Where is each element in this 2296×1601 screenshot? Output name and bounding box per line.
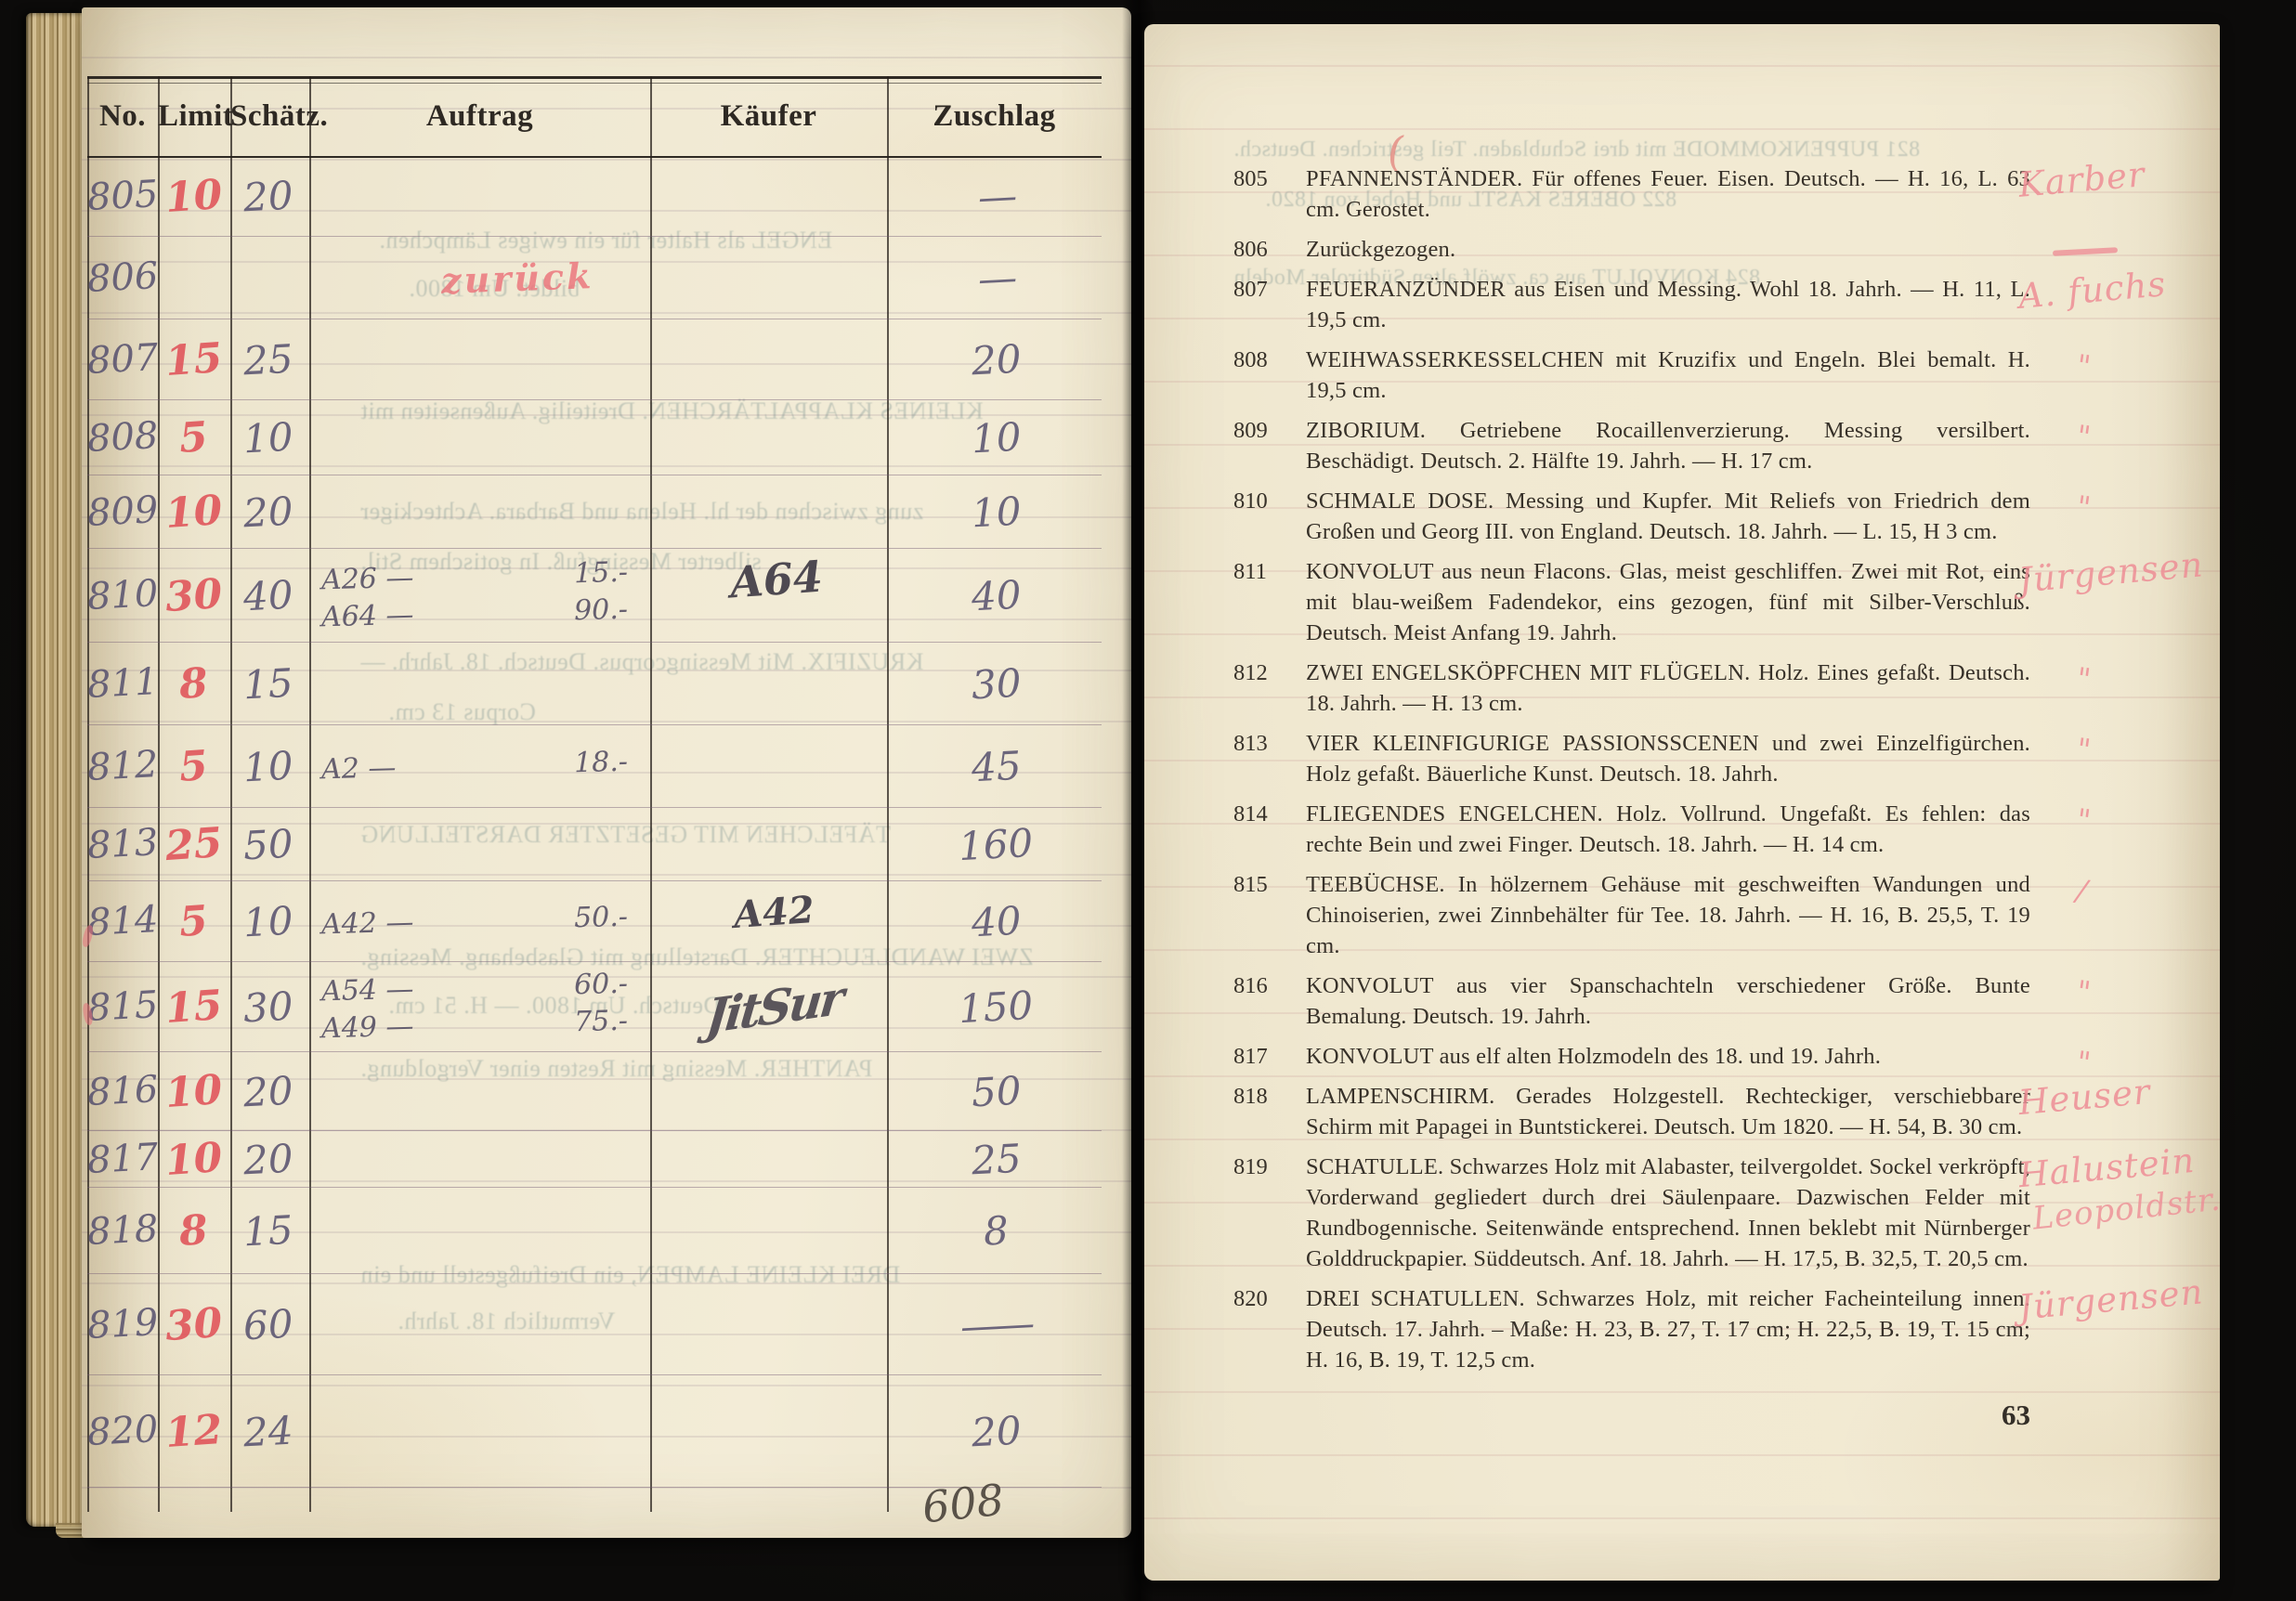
catalog-entry: 817KONVOLUT aus elf alten Holzmodeln des… bbox=[1233, 1041, 2199, 1072]
cell-zuschlag: 30 bbox=[891, 643, 1102, 724]
cell-zuschlag: —— bbox=[891, 1274, 1102, 1374]
table-row: 807152520 bbox=[87, 319, 1102, 400]
estimate-value: 30 bbox=[242, 983, 294, 1031]
margin-note-name: Heuser bbox=[2016, 1072, 2152, 1123]
cell-auftrag bbox=[307, 319, 657, 399]
table-row: 8188158 bbox=[87, 1188, 1102, 1274]
header-kaeufer: Käufer bbox=[650, 99, 887, 134]
hammer-price: 160 bbox=[958, 819, 1035, 868]
cell-auftrag: A54 —60.-A49 —75.- bbox=[307, 962, 657, 1051]
cell-zuschlag: — bbox=[891, 237, 1102, 319]
lot-number: 808 bbox=[1233, 345, 1268, 375]
lot-number-handwritten: 811 bbox=[86, 660, 160, 707]
cell-kaeufer bbox=[658, 1274, 891, 1374]
lot-description: ZWEI ENGELSKÖPFCHEN MIT FLÜGELN. Holz. E… bbox=[1306, 657, 2030, 719]
lot-description: DREI SCHATULLEN. Schwarzes Holz, mit rei… bbox=[1306, 1283, 2030, 1375]
catalog-entry: 805PFANNENSTÄNDER. Für offenes Feuer. Ei… bbox=[1233, 163, 2199, 225]
limit-value: 30 bbox=[163, 1298, 224, 1349]
table-header: No. Limit Schätz. Auftrag Käufer Zuschla… bbox=[87, 76, 1102, 156]
lot-description: FLIEGENDES ENGELCHEN. Holz. Vollrund. Un… bbox=[1306, 799, 2030, 860]
cell-schaetz: 10 bbox=[229, 400, 307, 475]
lot-number-handwritten: 807 bbox=[86, 336, 160, 383]
catalog-entry: 814FLIEGENDES ENGELCHEN. Holz. Vollrund.… bbox=[1233, 799, 2199, 860]
header-no: No. bbox=[87, 99, 158, 134]
table-row: 8103040A26 —15.-A64 —90.-A6440 bbox=[87, 549, 1102, 643]
lot-number: 806 bbox=[1233, 234, 1268, 265]
margin-note-name: Karber bbox=[2016, 154, 2146, 205]
cell-no: 811 bbox=[87, 643, 158, 724]
margin-note-ditto: " bbox=[2074, 418, 2093, 455]
cell-auftrag: A26 —15.-A64 —90.- bbox=[307, 549, 657, 642]
estimate-value: 20 bbox=[242, 1135, 294, 1183]
cell-kaeufer bbox=[658, 400, 891, 475]
limit-value: 5 bbox=[177, 896, 209, 945]
limit-value: 15 bbox=[163, 981, 224, 1032]
header-auftrag: Auftrag bbox=[309, 99, 650, 134]
bleedthrough-text: 821 PUPPENKOMMODE mit drei Schubladen. T… bbox=[1233, 137, 1920, 163]
cell-zuschlag: 20 bbox=[891, 319, 1102, 399]
cell-limit: 15 bbox=[158, 319, 229, 399]
catalog-entry: 819SCHATULLE. Schwarzes Holz mit Alabast… bbox=[1233, 1152, 2199, 1274]
bid-amount: 75.- bbox=[574, 1003, 629, 1042]
lot-number: 817 bbox=[1233, 1041, 1268, 1072]
hammer-price: 20 bbox=[970, 1407, 1022, 1455]
table-row: 812510A2 —18.-45 bbox=[87, 725, 1102, 808]
lot-description: PFANNENSTÄNDER. Für offenes Feuer. Eisen… bbox=[1306, 163, 2030, 225]
margin-note-ditto: / bbox=[2074, 872, 2089, 908]
cell-auftrag bbox=[307, 400, 657, 475]
lot-description: SCHMALE DOSE. Messing und Kupfer. Mit Re… bbox=[1306, 486, 2030, 547]
limit-value: 30 bbox=[163, 569, 224, 620]
cell-limit: 25 bbox=[158, 808, 229, 880]
margin-note-ditto: " bbox=[2074, 660, 2093, 697]
hammer-price: 30 bbox=[970, 659, 1022, 708]
cell-kaeufer bbox=[658, 237, 891, 319]
cell-limit: 30 bbox=[158, 1274, 229, 1374]
lot-description: ZIBORIUM. Getriebene Rocaillenverzierung… bbox=[1306, 415, 2030, 476]
cell-schaetz: 24 bbox=[229, 1375, 307, 1487]
lot-description: KONVOLUT aus elf alten Holzmodeln des 18… bbox=[1306, 1041, 2030, 1072]
cell-limit: 10 bbox=[158, 156, 229, 236]
cell-schaetz: 15 bbox=[229, 1188, 307, 1273]
auction-ledger-table: No. Limit Schätz. Auftrag Käufer Zuschla… bbox=[87, 76, 1102, 1512]
table-row: 816102050 bbox=[87, 1052, 1102, 1131]
catalog-entry: 820DREI SCHATULLEN. Schwarzes Holz, mit … bbox=[1233, 1283, 2199, 1375]
page-edge-stack bbox=[26, 13, 84, 1527]
cell-no: 810 bbox=[87, 549, 158, 642]
lot-number: 813 bbox=[1233, 728, 1268, 759]
hammer-price: 45 bbox=[970, 742, 1022, 790]
cell-limit: 5 bbox=[158, 725, 229, 807]
bid-amount: 18.- bbox=[574, 744, 629, 783]
lot-description: WEIHWASSERKESSELCHEN mit Kruzifix und En… bbox=[1306, 345, 2030, 406]
lot-number-handwritten: 806 bbox=[86, 254, 160, 301]
limit-value: 12 bbox=[163, 1405, 224, 1456]
lot-description: KONVOLUT aus vier Spanschachteln verschi… bbox=[1306, 970, 2030, 1032]
cell-limit: 30 bbox=[158, 549, 229, 642]
table-row: 817102025 bbox=[87, 1131, 1102, 1188]
lot-number: 807 bbox=[1233, 274, 1268, 305]
estimate-value: 25 bbox=[242, 335, 294, 384]
lot-number-handwritten: 814 bbox=[86, 898, 160, 944]
cell-no: 814 bbox=[87, 881, 158, 961]
cell-limit: 12 bbox=[158, 1375, 229, 1487]
cell-kaeufer bbox=[658, 156, 891, 236]
limit-value: 15 bbox=[163, 333, 224, 384]
cell-schaetz: 20 bbox=[229, 1052, 307, 1130]
estimate-value: 10 bbox=[242, 413, 294, 462]
cell-auftrag: A2 —18.- bbox=[307, 725, 657, 807]
hammer-price: 10 bbox=[970, 413, 1022, 462]
catalog-entry: 807FEUERANZÜNDER aus Eisen und Messing. … bbox=[1233, 274, 2199, 335]
cell-auftrag bbox=[307, 1131, 657, 1187]
cell-no: 807 bbox=[87, 319, 158, 399]
commission-bid: A2 —18.- bbox=[321, 744, 629, 789]
lot-description: KONVOLUT aus neun Flacons. Glas, meist g… bbox=[1306, 556, 2030, 648]
cell-no: 820 bbox=[87, 1375, 158, 1487]
cell-schaetz: 10 bbox=[229, 725, 307, 807]
lot-number-handwritten: 817 bbox=[86, 1136, 160, 1182]
cell-zuschlag: 40 bbox=[891, 549, 1102, 642]
margin-note-name: Jürgensen bbox=[2017, 544, 2205, 600]
limit-value: 5 bbox=[177, 412, 209, 462]
commission-bid: A42 —50.- bbox=[321, 899, 629, 944]
cell-no: 818 bbox=[87, 1188, 158, 1273]
hammer-price: 10 bbox=[970, 488, 1022, 536]
cell-auftrag bbox=[307, 1052, 657, 1130]
bidder-code: A54 — bbox=[321, 971, 414, 1011]
lot-number: 815 bbox=[1233, 869, 1268, 900]
lot-number-handwritten: 812 bbox=[86, 743, 160, 789]
header-schaetz: Schätz. bbox=[230, 99, 309, 134]
lot-number-handwritten: 809 bbox=[86, 488, 160, 535]
catalog-entry: 815TEEBÜCHSE. In hölzernem Gehäuse mit g… bbox=[1233, 869, 2199, 961]
lot-number-handwritten: 808 bbox=[86, 414, 160, 461]
lot-number-handwritten: 820 bbox=[86, 1408, 160, 1454]
cell-schaetz: 10 bbox=[229, 881, 307, 961]
hammer-price: — bbox=[977, 254, 1015, 302]
lot-description: FEUERANZÜNDER aus Eisen und Messing. Woh… bbox=[1306, 274, 2030, 335]
bid-amount: 15.- bbox=[574, 554, 629, 593]
cell-limit: 5 bbox=[158, 400, 229, 475]
catalog-entry: 806Zurückgezogen. bbox=[1233, 234, 2199, 265]
cell-limit: 10 bbox=[158, 475, 229, 548]
lot-number: 810 bbox=[1233, 486, 1268, 516]
bidder-code: A26 — bbox=[321, 560, 414, 600]
limit-value: 25 bbox=[163, 818, 224, 869]
cell-limit: 15 bbox=[158, 962, 229, 1051]
catalog-entry: 818LAMPENSCHIRM. Gerades Holzgestell. Re… bbox=[1233, 1081, 2199, 1142]
lot-description: Zurückgezogen. bbox=[1306, 234, 2030, 265]
lot-description: TEEBÜCHSE. In hölzernem Gehäuse mit gesc… bbox=[1306, 869, 2030, 961]
cell-no: 812 bbox=[87, 725, 158, 807]
hammer-price: 40 bbox=[970, 897, 1022, 945]
lot-description: SCHATULLE. Schwarzes Holz mit Alabaster,… bbox=[1306, 1152, 2030, 1274]
lot-number-handwritten: 813 bbox=[86, 821, 160, 867]
cell-kaeufer bbox=[658, 808, 891, 880]
bidder-code: A49 — bbox=[321, 1009, 414, 1048]
cell-schaetz: 20 bbox=[229, 156, 307, 236]
lot-number-handwritten: 810 bbox=[86, 572, 160, 618]
bidder-code: A64 — bbox=[321, 597, 414, 637]
cell-no: 817 bbox=[87, 1131, 158, 1187]
cell-schaetz: 50 bbox=[229, 808, 307, 880]
hammer-price: 20 bbox=[970, 335, 1022, 384]
hammer-price: —— bbox=[959, 1300, 1032, 1349]
cell-zuschlag: 25 bbox=[891, 1131, 1102, 1187]
estimate-value: 40 bbox=[242, 571, 294, 619]
hammer-price: 50 bbox=[970, 1067, 1022, 1115]
table-row: 81181530 bbox=[87, 643, 1102, 725]
table-row: 80851010 bbox=[87, 400, 1102, 475]
catalog-entry: 809ZIBORIUM. Getriebene Rocaillenverzier… bbox=[1233, 415, 2199, 476]
cell-limit: 10 bbox=[158, 1052, 229, 1130]
cell-zuschlag: 150 bbox=[891, 962, 1102, 1051]
catalog-entry: 808WEIHWASSERKESSELCHEN mit Kruzifix und… bbox=[1233, 345, 2199, 406]
bid-amount: 50.- bbox=[574, 899, 629, 938]
limit-value: 10 bbox=[163, 486, 224, 537]
cell-zuschlag: 40 bbox=[891, 881, 1102, 961]
cell-no: 815 bbox=[87, 962, 158, 1051]
total-sum: 608 bbox=[920, 1475, 1006, 1533]
cell-kaeufer bbox=[658, 1052, 891, 1130]
catalog-entry: 811KONVOLUT aus neun Flacons. Glas, meis… bbox=[1233, 556, 2199, 648]
cell-schaetz bbox=[229, 237, 307, 319]
table-row: 820122420 bbox=[87, 1375, 1102, 1488]
cell-auftrag bbox=[307, 808, 657, 880]
withdrawn-note: zurück bbox=[440, 254, 594, 302]
margin-note-dash bbox=[2053, 247, 2118, 256]
limit-value: 10 bbox=[163, 1065, 224, 1116]
cell-kaeufer bbox=[658, 1131, 891, 1187]
table-row: 8051020— bbox=[87, 156, 1102, 237]
lot-number: 814 bbox=[1233, 799, 1268, 829]
cell-no: 819 bbox=[87, 1274, 158, 1374]
cell-zuschlag: 8 bbox=[891, 1188, 1102, 1273]
cell-no: 808 bbox=[87, 400, 158, 475]
cell-schaetz: 30 bbox=[229, 962, 307, 1051]
cell-kaeufer: A42 bbox=[658, 881, 891, 961]
limit-value: 8 bbox=[177, 1205, 209, 1255]
commission-bid: A64 —90.- bbox=[321, 592, 629, 637]
table-row: 814510A42 —50.-A4240 bbox=[87, 881, 1102, 962]
lot-number: 818 bbox=[1233, 1081, 1268, 1112]
estimate-value: 15 bbox=[242, 1206, 294, 1255]
estimate-value: 50 bbox=[242, 820, 294, 868]
estimate-value: 10 bbox=[242, 742, 294, 790]
header-limit: Limit bbox=[158, 99, 230, 134]
lot-number-handwritten: 805 bbox=[86, 173, 160, 219]
cell-schaetz: 20 bbox=[229, 475, 307, 548]
lot-number-handwritten: 818 bbox=[86, 1207, 160, 1254]
cell-schaetz: 15 bbox=[229, 643, 307, 724]
cell-auftrag bbox=[307, 156, 657, 236]
table-row: 809102010 bbox=[87, 475, 1102, 549]
header-zuschlag: Zuschlag bbox=[887, 99, 1102, 134]
table-row: 8151530A54 —60.-A49 —75.-JitSur150 bbox=[87, 962, 1102, 1052]
lot-number: 819 bbox=[1233, 1152, 1268, 1182]
estimate-value: 60 bbox=[242, 1300, 294, 1348]
table-row: 8132550160 bbox=[87, 808, 1102, 881]
lot-number: 820 bbox=[1233, 1283, 1268, 1314]
margin-note-name: Jürgensen bbox=[2017, 1271, 2205, 1327]
cell-kaeufer bbox=[658, 319, 891, 399]
hammer-price: 25 bbox=[970, 1135, 1022, 1183]
cell-kaeufer bbox=[658, 725, 891, 807]
estimate-value: 15 bbox=[242, 659, 294, 708]
cell-no: 813 bbox=[87, 808, 158, 880]
cell-schaetz: 20 bbox=[229, 1131, 307, 1187]
cell-no: 816 bbox=[87, 1052, 158, 1130]
estimate-value: 20 bbox=[242, 488, 294, 536]
cell-auftrag bbox=[307, 475, 657, 548]
catalog-entry: 812ZWEI ENGELSKÖPFCHEN MIT FLÜGELN. Holz… bbox=[1233, 657, 2199, 719]
buyer-value: JitSur bbox=[703, 970, 843, 1045]
cell-kaeufer: A64 bbox=[658, 549, 891, 642]
lot-number-handwritten: 815 bbox=[86, 983, 160, 1030]
cell-zuschlag: 45 bbox=[891, 725, 1102, 807]
limit-value: 5 bbox=[177, 741, 209, 790]
ledger-page: ENGEL als Halter für ein ewiges Lämpchen… bbox=[82, 7, 1131, 1538]
buyer-value: A64 bbox=[729, 552, 825, 608]
estimate-value: 20 bbox=[242, 1067, 294, 1115]
hammer-price: 150 bbox=[958, 982, 1035, 1031]
cell-schaetz: 40 bbox=[229, 549, 307, 642]
cell-zuschlag: 10 bbox=[891, 475, 1102, 548]
cell-no: 805 bbox=[87, 156, 158, 236]
catalog-entry: 813VIER KLEINFIGURIGE PASSIONSSCENEN und… bbox=[1233, 728, 2199, 789]
limit-value: 8 bbox=[177, 658, 209, 708]
lot-number-handwritten: 816 bbox=[86, 1068, 160, 1114]
cell-kaeufer bbox=[658, 475, 891, 548]
cell-limit: 10 bbox=[158, 1131, 229, 1187]
cell-kaeufer: JitSur bbox=[658, 962, 891, 1051]
catalog-entry: 816KONVOLUT aus vier Spanschachteln vers… bbox=[1233, 970, 2199, 1032]
limit-value: 10 bbox=[163, 170, 224, 221]
catalog-entry: 810SCHMALE DOSE. Messing und Kupfer. Mit… bbox=[1233, 486, 2199, 547]
cell-auftrag bbox=[307, 1375, 657, 1487]
margin-note-ditto: " bbox=[2074, 347, 2093, 384]
cell-zuschlag: 50 bbox=[891, 1052, 1102, 1130]
cell-kaeufer bbox=[658, 1188, 891, 1273]
cell-auftrag bbox=[307, 1188, 657, 1273]
cell-auftrag bbox=[307, 643, 657, 724]
lot-number-handwritten: 819 bbox=[86, 1301, 160, 1347]
lot-number: 816 bbox=[1233, 970, 1268, 1001]
commission-bid: A49 —75.- bbox=[321, 1003, 629, 1048]
margin-note-name: A. fuchs bbox=[2016, 264, 2167, 317]
cell-zuschlag: — bbox=[891, 156, 1102, 236]
margin-note-ditto: " bbox=[2074, 731, 2093, 768]
cell-auftrag bbox=[307, 1274, 657, 1374]
table-row: 806zurück— bbox=[87, 237, 1102, 319]
cell-no: 809 bbox=[87, 475, 158, 548]
lot-description: LAMPENSCHIRM. Gerades Holzgestell. Recht… bbox=[1306, 1081, 2030, 1142]
lot-number: 805 bbox=[1233, 163, 1268, 194]
cell-schaetz: 60 bbox=[229, 1274, 307, 1374]
cell-zuschlag: 10 bbox=[891, 400, 1102, 475]
margin-note-ditto: " bbox=[2074, 973, 2093, 1010]
cell-kaeufer bbox=[658, 1375, 891, 1487]
cell-auftrag: zurück bbox=[307, 237, 657, 319]
margin-note-ditto: " bbox=[2074, 801, 2093, 839]
cell-auftrag: A42 —50.- bbox=[307, 881, 657, 961]
bidder-code: A2 — bbox=[321, 749, 397, 788]
limit-value: 10 bbox=[163, 1133, 224, 1184]
ledger-rows: 8051020—806zurück—8071525208085101080910… bbox=[87, 156, 1102, 1488]
catalog-entries: 805PFANNENSTÄNDER. Für offenes Feuer. Ei… bbox=[1233, 163, 2199, 1385]
hammer-price: 8 bbox=[983, 1207, 1010, 1254]
estimate-value: 24 bbox=[242, 1407, 294, 1455]
cell-zuschlag: 20 bbox=[891, 1375, 1102, 1487]
bidder-code: A42 — bbox=[321, 905, 414, 944]
cell-limit: 5 bbox=[158, 881, 229, 961]
margin-note-ditto: " bbox=[2074, 1044, 2093, 1081]
page-number: 63 bbox=[1233, 1399, 2030, 1432]
cell-no: 806 bbox=[87, 237, 158, 319]
table-row: 8193060—— bbox=[87, 1274, 1102, 1375]
cell-limit: 8 bbox=[158, 643, 229, 724]
book-spread-photo: ENGEL als Halter für ein ewiges Lämpchen… bbox=[0, 0, 2296, 1601]
bid-amount: 90.- bbox=[574, 592, 629, 631]
cell-limit bbox=[158, 237, 229, 319]
margin-note-ditto: " bbox=[2074, 488, 2093, 526]
cell-zuschlag: 160 bbox=[891, 808, 1102, 880]
lot-number: 811 bbox=[1233, 556, 1267, 587]
estimate-value: 20 bbox=[242, 172, 294, 220]
catalog-page: 821 PUPPENKOMMODE mit drei Schubladen. T… bbox=[1144, 24, 2220, 1581]
lot-number: 809 bbox=[1233, 415, 1268, 446]
hammer-price: 40 bbox=[970, 571, 1022, 619]
cell-kaeufer bbox=[658, 643, 891, 724]
bid-amount: 60.- bbox=[574, 966, 629, 1005]
hammer-price: — bbox=[977, 173, 1015, 220]
cell-limit: 8 bbox=[158, 1188, 229, 1273]
lot-number: 812 bbox=[1233, 657, 1268, 688]
estimate-value: 10 bbox=[242, 897, 294, 945]
cell-schaetz: 25 bbox=[229, 319, 307, 399]
buyer-value: A42 bbox=[732, 888, 815, 937]
lot-description: VIER KLEINFIGURIGE PASSIONSSCENEN und zw… bbox=[1306, 728, 2030, 789]
